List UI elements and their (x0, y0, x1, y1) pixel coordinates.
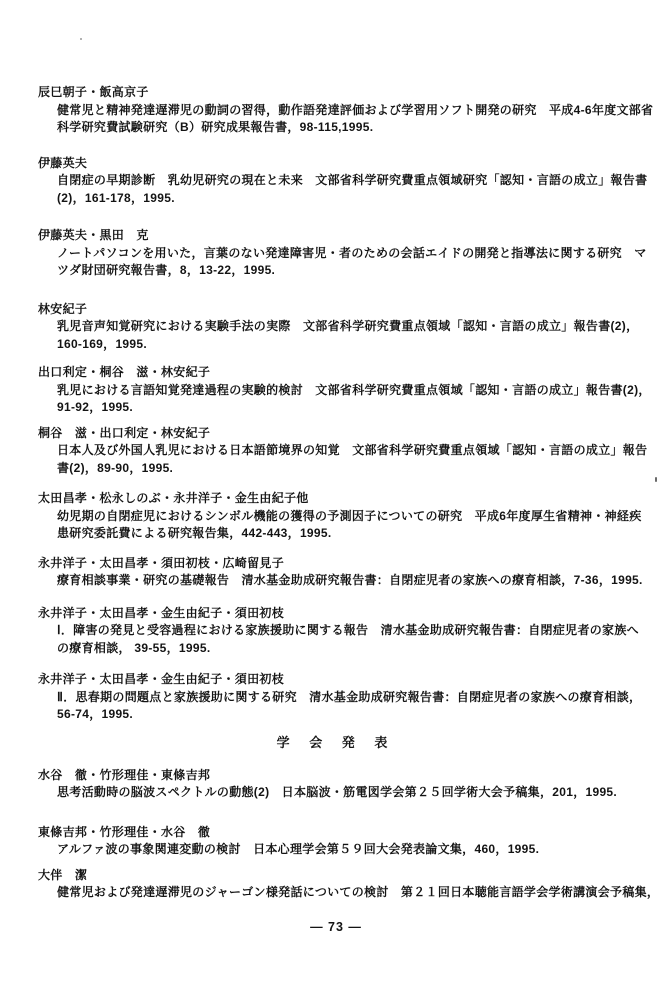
presentation-entry: 大伴 潔 健常児および発達遅滞児のジャーゴン様発話についての検討 第２１回日本聴… (38, 867, 634, 902)
entry-citation-line: 91-92，1995. (38, 399, 634, 417)
entry-authors: 出口利定・桐谷 滋・林安紀子 (38, 364, 634, 382)
entry-citation-line: 乳児音声知覚研究における実験手法の実際 文部省科学研究費重点領域「認知・言語の成… (38, 318, 634, 336)
entry-authors: 永井洋子・太田昌孝・金生由紀子・須田初枝 (38, 605, 634, 623)
entry-citation-line: 幼児期の自閉症児におけるシンボル機能の獲得の予測因子についての研究 平成6年度厚… (38, 508, 634, 526)
entry-authors: 太田昌孝・松永しのぶ・永井洋子・金生由紀子他 (38, 490, 634, 508)
publication-entry: 永井洋子・太田昌孝・須田初枝・広崎留見子 療育相談事業・研究の基礎報告 清水基金… (38, 555, 634, 590)
entry-citation-line: Ⅰ．障害の発見と受容過程における家族援助に関する報告 清水基金助成研究報告書：自… (38, 622, 634, 640)
entry-authors: 水谷 徹・竹形理佳・東條吉邦 (38, 767, 634, 785)
presentation-entry: 水谷 徹・竹形理佳・東條吉邦 思考活動時の脳波スペクトルの動態(2) 日本脳波・… (38, 767, 634, 802)
entry-authors: 永井洋子・太田昌孝・金生由紀子・須田初枝 (38, 671, 634, 689)
entry-citation-line: ツダ財団研究報告書，8，13-22，1995. (38, 262, 634, 280)
entry-authors: 大伴 潔 (38, 867, 634, 885)
publication-entry: 伊藤英夫 自閉症の早期診断 乳幼児研究の現在と未来 文部省科学研究費重点領域研究… (38, 155, 634, 208)
publication-entry: 永井洋子・太田昌孝・金生由紀子・須田初枝 Ⅱ．思春期の問題点と家族援助に関する研… (38, 671, 634, 724)
entry-citation-line: の療育相談， 39-55，1995. (38, 640, 634, 658)
entry-citation-line: 患研究委託費による研究報告集，442-443，1995. (38, 525, 634, 543)
entry-citation-line: 健常児および発達遅滞児のジャーゴン様発話についての検討 第２１回日本聴能言語学会… (38, 884, 634, 902)
entry-citation-line: 56-74，1995. (38, 706, 634, 724)
entry-citation-line: アルファ波の事象関連変動の検討 日本心理学会第５９回大会発表論文集，460，19… (38, 841, 634, 859)
entry-authors: 伊藤英夫 (38, 155, 634, 173)
publication-entry: 太田昌孝・松永しのぶ・永井洋子・金生由紀子他 幼児期の自閉症児におけるシンボル機… (38, 490, 634, 543)
page-number: — 73 — (38, 920, 634, 934)
presentation-entry: 東條吉邦・竹形理佳・水谷 徹 アルファ波の事象関連変動の検討 日本心理学会第５９… (38, 824, 634, 859)
scan-speck (80, 38, 82, 40)
entry-authors: 桐谷 滋・出口利定・林安紀子 (38, 425, 634, 443)
entry-authors: 東條吉邦・竹形理佳・水谷 徹 (38, 824, 634, 842)
entry-authors: 辰巳朝子・飯高京子 (38, 84, 634, 102)
entry-citation-line: 思考活動時の脳波スペクトルの動態(2) 日本脳波・筋電図学会第２５回学術大会予稿… (38, 784, 634, 802)
entry-citation-line: 乳児における言語知覚発達過程の実験的検討 文部省科学研究費重点領域「認知・言語の… (38, 382, 634, 400)
entry-citation-line: 自閉症の早期診断 乳幼児研究の現在と未来 文部省科学研究費重点領域研究「認知・言… (38, 172, 634, 190)
section-heading-conference-presentations: 学 会 発 表 (38, 734, 634, 752)
entry-authors: 林安紀子 (38, 301, 634, 319)
publication-entry: 永井洋子・太田昌孝・金生由紀子・須田初枝 Ⅰ．障害の発見と受容過程における家族援… (38, 605, 634, 658)
publication-entry: 林安紀子 乳児音声知覚研究における実験手法の実際 文部省科学研究費重点領域「認知… (38, 301, 634, 354)
scan-speck (655, 477, 657, 482)
publication-entry: 伊藤英夫・黒田 克 ノートパソコンを用いた，言葉のない発達障害児・者のための会話… (38, 227, 634, 280)
entry-citation-line: 健常児と精神発達遅滞児の動詞の習得，動作語発達評価および学習用ソフト開発の研究 … (38, 102, 634, 120)
publication-entry: 桐谷 滋・出口利定・林安紀子 日本人及び外国人乳児における日本語節境界の知覚 文… (38, 425, 634, 478)
entry-citation-line: 書(2)，89-90，1995. (38, 460, 634, 478)
entry-citation-line: 160-169，1995. (38, 336, 634, 354)
entry-citation-line: (2)，161-178，1995. (38, 190, 634, 208)
document-page: 辰巳朝子・飯高京子 健常児と精神発達遅滞児の動詞の習得，動作語発達評価および学習… (0, 0, 668, 1003)
entry-authors: 永井洋子・太田昌孝・須田初枝・広崎留見子 (38, 555, 634, 573)
entry-authors: 伊藤英夫・黒田 克 (38, 227, 634, 245)
entry-citation-line: 科学研究費試験研究（B）研究成果報告書，98-115,1995. (38, 119, 634, 137)
entry-citation-line: 日本人及び外国人乳児における日本語節境界の知覚 文部省科学研究費重点領域「認知・… (38, 442, 634, 460)
publication-entry: 辰巳朝子・飯高京子 健常児と精神発達遅滞児の動詞の習得，動作語発達評価および学習… (38, 84, 634, 137)
entry-citation-line: 療育相談事業・研究の基礎報告 清水基金助成研究報告書：自閉症児者の家族への療育相… (38, 572, 634, 590)
publication-entry: 出口利定・桐谷 滋・林安紀子 乳児における言語知覚発達過程の実験的検討 文部省科… (38, 364, 634, 417)
entry-citation-line: ノートパソコンを用いた，言葉のない発達障害児・者のための会話エイドの開発と指導法… (38, 245, 634, 263)
entry-citation-line: Ⅱ．思春期の問題点と家族援助に関する研究 清水基金助成研究報告書：自閉症児者の家… (38, 689, 634, 707)
